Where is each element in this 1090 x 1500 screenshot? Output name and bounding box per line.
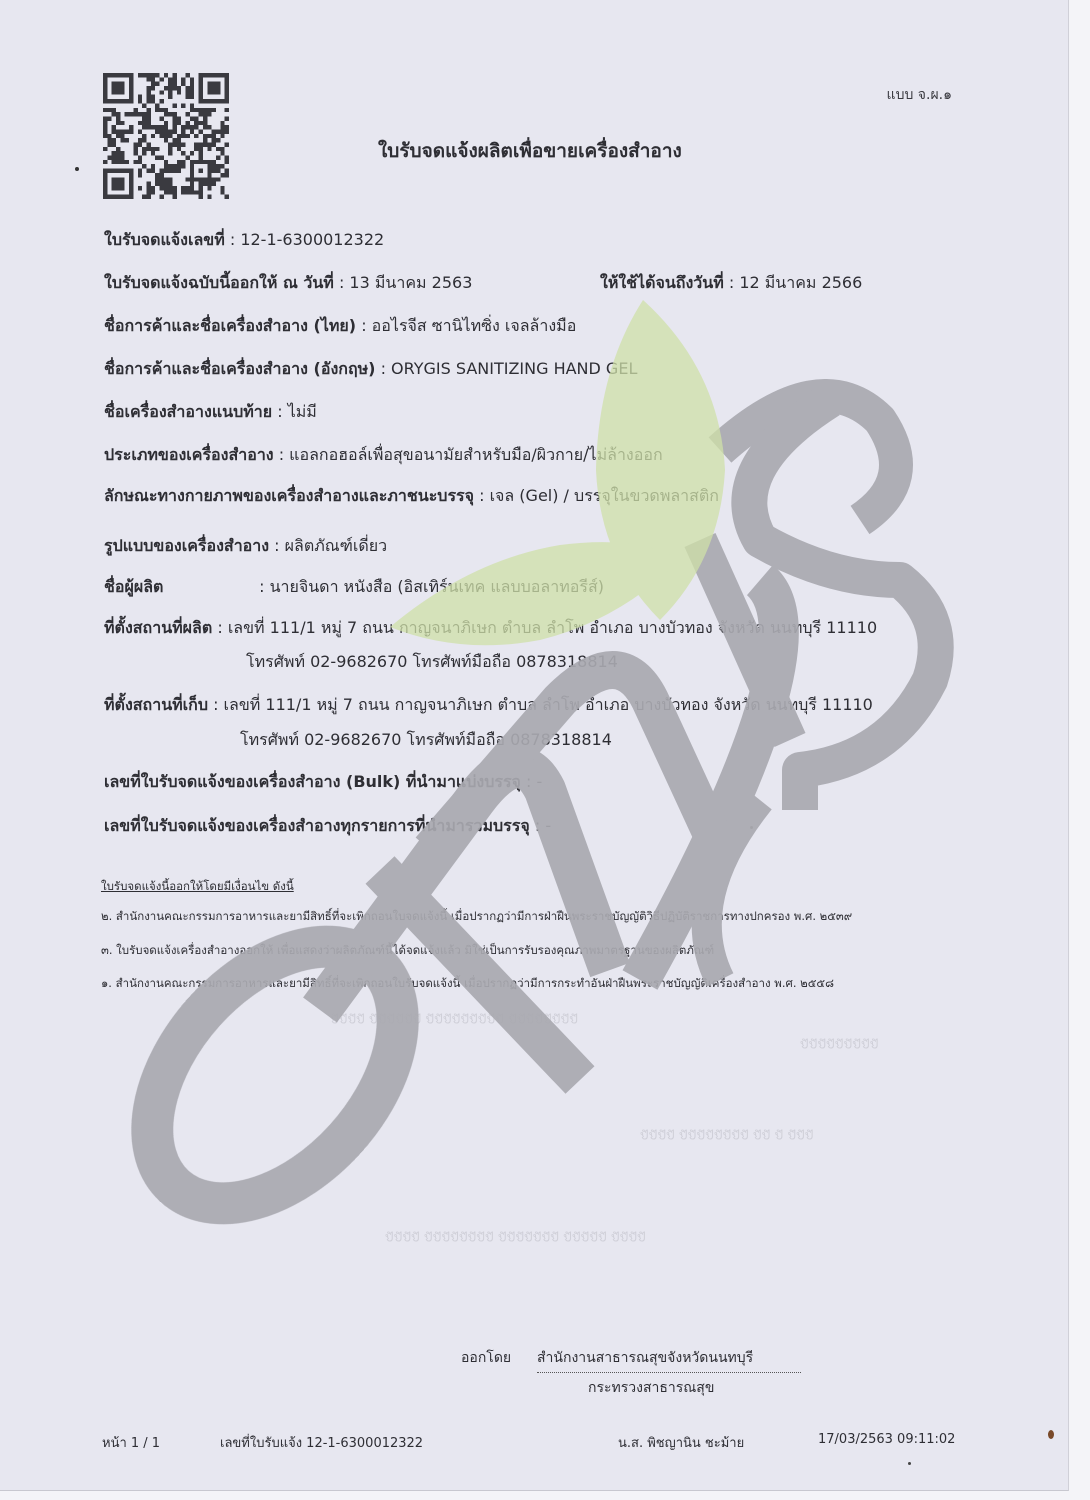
attached-name-value: ไม่มี [288, 402, 317, 421]
field-attached-name: ชื่อเครื่องสำอางแนบท้าย : ไม่มี [104, 400, 317, 425]
field-label: ใบรับจดแจ้งเลขที่ [104, 230, 225, 249]
page-number: หน้า 1 / 1 [102, 1432, 160, 1453]
scan-speck [1048, 1430, 1054, 1439]
condition-item: ๑. สำนักงานคณะกรรมการอาหารและยามีสิทธิ์ท… [101, 975, 834, 993]
field-product-format: รูปแบบของเครื่องสำอาง : ผลิตภัณฑ์เดี่ยว [104, 534, 387, 559]
physical-form-value: เจล (Gel) / บรรจุในขวดพลาสติก [490, 486, 719, 505]
field-issue-date: ใบรับจดแจ้งฉบับนี้ออกให้ ณ วันที่ : 13 ม… [104, 271, 472, 296]
field-label: เลขที่ใบรับจดแจ้งของเครื่องสำอาง (Bulk) … [104, 772, 521, 791]
bleed-through-text: ฎฎฎฎ ฎฎฎฎฎฎฎฎ ฎฎ ฎ ฎฎฎ [640, 1126, 814, 1147]
field-valid-until: ให้ใช้ได้จนถึงวันที่ : 12 มีนาคม 2566 [600, 271, 862, 296]
issued-by-label: ออกโดย [461, 1347, 511, 1369]
field-label: ชื่อการค้าและชื่อเครื่องสำอาง (อังกฤษ) [104, 359, 375, 378]
storage-site-phone: โทรศัพท์ 02-9682670 โทรศัพท์มือถือ 08783… [240, 728, 612, 753]
field-label: ที่ตั้งสถานที่เก็บ [104, 695, 208, 714]
field-label: รูปแบบของเครื่องสำอาง [104, 536, 269, 555]
field-category: ประเภทของเครื่องสำอาง : แอลกอฮอล์เพื่อสุ… [104, 443, 663, 468]
print-timestamp: 17/03/2563 09:11:02 [818, 1432, 955, 1447]
condition-item: ๓. ใบรับจดแจ้งเครื่องสำอางออกให้ เพื่อแส… [101, 942, 714, 960]
notification-no-value: 12-1-6300012322 [240, 230, 384, 249]
product-format-value: ผลิตภัณฑ์เดี่ยว [285, 536, 387, 555]
field-label: ชื่อการค้าและชื่อเครื่องสำอาง (ไทย) [104, 316, 356, 335]
bleed-through-text: ฎฎฎฎ ฎฎฎฎฎฎฎฎ ฎฎฎฎฎฎฎ ฎฎฎฎฎ ฎฎฎฎ [385, 1228, 646, 1249]
production-site-address: เลขที่ 111/1 หมู่ 7 ถนน กาญจนาภิเษก ตำบล… [228, 618, 877, 637]
scan-speck [750, 826, 753, 829]
document-page: ฎฎฎฎ ฎฎฎฎฎฎ ฎฎฎฎฎฎฎฎฎ ฎฎฎฎฎฎฎฎ ฎฎฎฎ ฎฎฎฎ… [0, 0, 1069, 1491]
name-en-value: ORYGIS SANITIZING HAND GEL [391, 359, 637, 378]
officer-name: น.ส. พิชญานิน ชะม้าย [618, 1432, 744, 1453]
field-label: ที่ตั้งสถานที่ผลิต [104, 618, 212, 637]
qr-code [103, 73, 229, 199]
field-manufacturer: ชื่อผู้ผลิต : นายจินดา หนังสือ (อิสเทิร์… [104, 575, 604, 600]
field-name-th: ชื่อการค้าและชื่อเครื่องสำอาง (ไทย) : ออ… [104, 314, 576, 339]
field-storage-site: ที่ตั้งสถานที่เก็บ : เลขที่ 111/1 หมู่ 7… [104, 693, 873, 718]
form-code: แบบ จ.ผ.๑ [887, 84, 952, 106]
production-site-phone: โทรศัพท์ 02-9682670 โทรศัพท์มือถือ 08783… [246, 650, 618, 675]
field-label: ประเภทของเครื่องสำอาง [104, 445, 274, 464]
field-label: ชื่อเครื่องสำอางแนบท้าย [104, 402, 272, 421]
issue-date-value: 13 มีนาคม 2563 [349, 273, 472, 292]
bleed-through-text: ฎฎฎฎ ฎฎฎฎฎฎ ฎฎฎฎฎฎฎฎฎ ฎฎฎฎฎฎฎฎ [330, 1010, 578, 1031]
combined-no-value: - [545, 816, 551, 835]
manufacturer-value: นายจินดา หนังสือ (อิสเทิร์นเทค แลบบอลาทอ… [270, 577, 604, 596]
field-bulk-no: เลขที่ใบรับจดแจ้งของเครื่องสำอาง (Bulk) … [104, 770, 542, 795]
storage-site-address: เลขที่ 111/1 หมู่ 7 ถนน กาญจนาภิเษก ตำบล… [224, 695, 873, 714]
footer-reference: เลขที่ใบรับแจ้ง 12-1-6300012322 [220, 1432, 423, 1453]
bleed-through-text: ฎฎฎฎฎฎฎฎฎ [800, 1035, 879, 1056]
issuer-ministry: กระทรวงสาธารณสุข [588, 1377, 714, 1399]
field-label: ใบรับจดแจ้งฉบับนี้ออกให้ ณ วันที่ [104, 273, 334, 292]
category-value: แอลกอฮอล์เพื่อสุขอนามัยสำหรับมือ/ผิวกาย/… [289, 445, 662, 464]
valid-until-value: 12 มีนาคม 2566 [739, 273, 862, 292]
field-label: ชื่อผู้ผลิต [104, 575, 254, 600]
scan-speck [75, 167, 79, 171]
field-physical-form: ลักษณะทางกายภาพของเครื่องสำอางและภาชนะบร… [104, 484, 719, 509]
field-label: ให้ใช้ได้จนถึงวันที่ [600, 273, 724, 292]
scan-speck [908, 1462, 911, 1465]
issuer-organization: สำนักงานสาธารณสุขจังหวัดนนทบุรี [537, 1347, 801, 1373]
name-th-value: ออไรจีส ซานิไทซิ่ง เจลล้างมือ [372, 316, 577, 335]
field-notification-no: ใบรับจดแจ้งเลขที่ : 12-1-6300012322 [104, 228, 384, 253]
field-label: ลักษณะทางกายภาพของเครื่องสำอางและภาชนะบร… [104, 486, 474, 505]
field-combined-no: เลขที่ใบรับจดแจ้งของเครื่องสำอางทุกรายกา… [104, 814, 551, 839]
page-title: ใบรับจดแจ้งผลิตเพื่อขายเครื่องสำอาง [378, 136, 682, 166]
field-name-en: ชื่อการค้าและชื่อเครื่องสำอาง (อังกฤษ) :… [104, 357, 637, 382]
field-label: เลขที่ใบรับจดแจ้งของเครื่องสำอางทุกรายกา… [104, 816, 530, 835]
field-production-site: ที่ตั้งสถานที่ผลิต : เลขที่ 111/1 หมู่ 7… [104, 616, 877, 641]
conditions-heading: ใบรับจดแจ้งนี้ออกให้โดยมีเงื่อนไข ดังนี้ [101, 878, 294, 896]
condition-item: ๒. สำนักงานคณะกรรมการอาหารและยามีสิทธิ์ท… [101, 908, 852, 926]
bulk-no-value: - [536, 772, 542, 791]
